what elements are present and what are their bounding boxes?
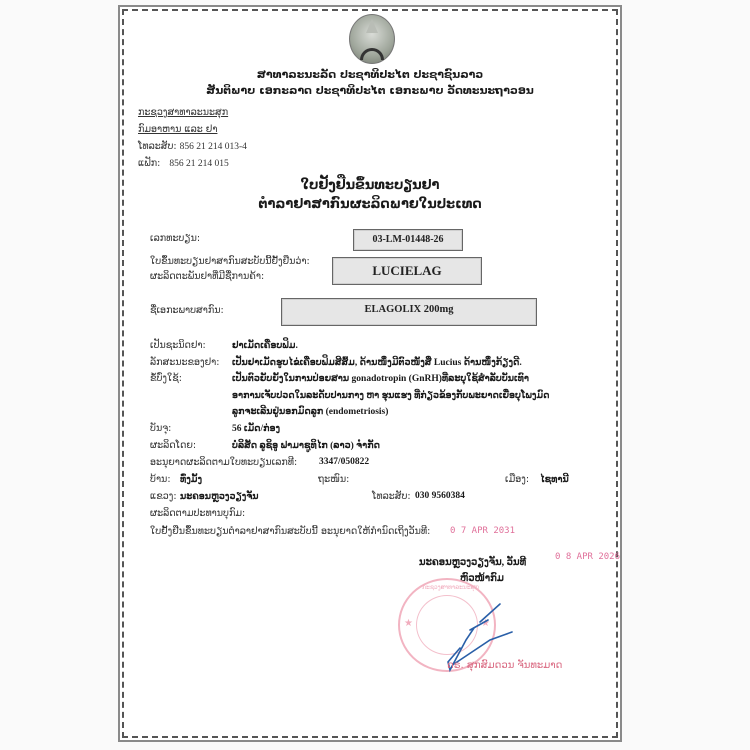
indication-line-2: ອາການເຈັບປວດໃນລະດັບປານກາງ ຫາ ຮຸນແຮງ ທີ່ກ…: [232, 390, 549, 401]
generic-name-box: ELAGOLIX 200mg: [281, 298, 537, 326]
country-line: ສາທາລະນະລັດ ປະຊາທິປະໄຕ ປະຊາຊົນລາວ: [118, 68, 622, 81]
department-name: ກົມອາຫານ ແລະ ຢາ: [138, 124, 217, 135]
seal-star-left: ★: [404, 618, 413, 629]
indication-label: ຂໍ້ບົ່ງໃຊ້:: [150, 373, 182, 384]
national-emblem-icon: [349, 14, 395, 64]
district-label: ເມືອງ:: [505, 474, 529, 485]
license-label: ອະນຸຍາດຜະລິດຕາມໃບທະບຽນເລກທີ:: [150, 457, 297, 468]
license-value: 3347/050822: [319, 457, 369, 467]
issue-date-stamp: 0 8 APR 2026: [555, 552, 620, 562]
validity-label: ໃບຢັ້ງຢືນຂຶ້ນທະບຽນຕໍາລາຢາສາກົນສະບັບນີ້ ອ…: [150, 526, 430, 537]
indication-line-1: ເປັນຕົວຍັບຍັ້ງໃນການປ່ອຍສານ gonadotropin …: [232, 373, 529, 384]
certificate-title-line2: ຕຳລາຢາສາກົນຜະລິດພາຍໃນປະເທດ: [118, 197, 622, 212]
appearance-value: ເປັນຢາເມັດຮູບໄຂ່ເຄືອບຟິມສີສົ້ມ, ດ້ານໜຶ່ງ…: [232, 357, 522, 368]
appearance-label: ລັກສະນະຂອງຢາ:: [150, 357, 219, 368]
certificate-title-line1: ໃບຢັ້ງຢືນຂຶ້ນທະບຽນຢາ: [118, 178, 622, 193]
generic-name-label: ຊື່ເອກະພາບສາກົນ:: [150, 305, 224, 316]
brand-label-2: ຜະລິດຕະພັນຢາທີ່ມີຊື່ການຄ້າ:: [150, 271, 264, 282]
issuer-fax: ແຟັກ: 856 21 214 015: [138, 158, 229, 169]
issuer-phone: ໂທລະສັບ: 856 21 214 013-4: [138, 141, 247, 152]
province-label: ແຂວງ:: [150, 491, 177, 502]
indication-line-3: ລູກຈະເລີນຢູ່ນອກມົດລູກ (endometriosis): [232, 406, 388, 417]
province-value: ນະຄອນຫຼວງວຽງຈັນ: [180, 491, 259, 502]
manufacturer-label: ຜະລິດໂດຍ:: [150, 440, 196, 451]
village-value: ທົ່ງມັ້ງ: [180, 474, 202, 485]
form-label: ເປັນຊະນິດຢາ:: [150, 340, 206, 351]
registration-number-box: 03-LM-01448-26: [353, 229, 463, 251]
motto-line: ສັນຕິພາບ ເອກະລາດ ປະຊາທິປະໄຕ ເອກະພາບ ວັດທ…: [118, 84, 622, 97]
tel-label: ໂທລະສັບ:: [372, 491, 411, 502]
emblem-temple: [366, 19, 378, 33]
contract-label: ຜະລິດຕາມປະທານບຸກົມ:: [150, 508, 245, 519]
validity-date-stamp: 0 7 APR 2031: [450, 526, 515, 536]
brand-label-1: ໃບຂຶ້ນທະບຽນຢາສາກົນສະບັບນີ້ຢັ້ງຢືນວ່າ:: [150, 256, 310, 267]
phone-label: ໂທລະສັບ:: [138, 141, 177, 152]
ministry-name: ກະຊວງສາທາລະນະສຸກ: [138, 107, 228, 118]
village-label: ບ້ານ:: [150, 474, 171, 485]
phone-value: 856 21 214 013-4: [180, 142, 247, 152]
seal-ring-text: ກະຊວງສາທາລະນະສຸກ: [422, 584, 479, 591]
form-value: ຢາເມັດເຄືອບຟິມ.: [232, 340, 298, 351]
fax-label: ແຟັກ:: [138, 158, 160, 169]
brand-name-box: LUCIELAG: [332, 257, 482, 285]
street-label: ຖະໜົນ:: [318, 474, 349, 485]
fax-value: 856 21 214 015: [169, 159, 228, 169]
registration-number-label: ເລກທະບຽນ:: [150, 233, 200, 244]
pack-value: 56 ເມັດ/ກ່ອງ: [232, 423, 280, 434]
pack-label: ບັນຈຸ:: [150, 423, 171, 434]
emblem-gear: [360, 48, 384, 60]
signer-name: ດຣ. ສຸກສົມດວນ ຈັນທະມາດ: [447, 660, 562, 671]
signature-place-date: ນະຄອນຫຼວງວຽງຈັນ, ວັນທີ: [419, 557, 526, 568]
district-value: ໄຊທານີ: [540, 474, 569, 485]
tel-value: 030 9560384: [415, 491, 465, 501]
manufacturer-value: ບໍລິສັດ ລູຊິອູ ຟາມາຊູທິໄກ (ລາວ) ຈໍາກັດ: [232, 440, 380, 451]
